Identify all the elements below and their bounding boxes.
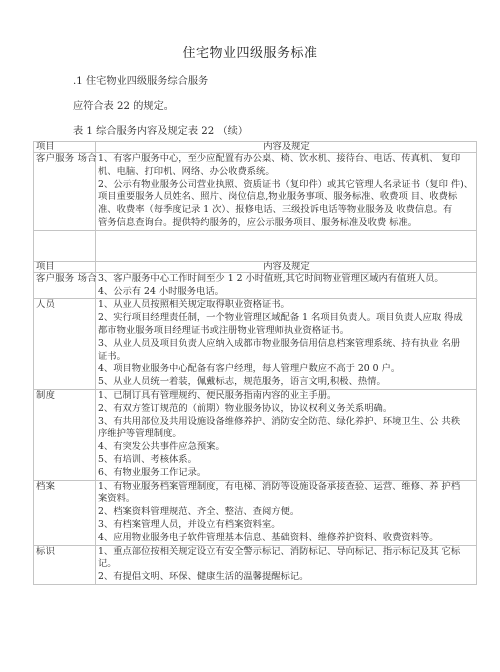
intro-text: 应符合表 22 的规定。 [73, 97, 174, 112]
content-line: 4、公示有 24 小时服务电话。 [98, 286, 475, 299]
document-title: 住宅物业四级服务标准 [0, 42, 500, 61]
content-line: 序维护等管理制度。 [98, 428, 475, 441]
row-item-label: 客户服务 场合 [34, 272, 96, 299]
table-row: 客户服务 场合 1、有客户服务中心，至少应配置有办公桌、椅、饮水机、接待台、电话… [34, 153, 477, 231]
row-item-label: 标识 [34, 545, 96, 584]
table-header-row: 项目 内容及规定 [34, 142, 477, 153]
content-line: 3、客户服务中心工作时间至少 1 2 小时值班,其它时间物业管理区域内有值班人员… [98, 273, 475, 286]
content-line: 2、有双方签订规范的（前期）物业服务协议，协议权利义务关系明确。 [98, 403, 475, 416]
content-line: 1、重点部位按相关规定设立有安全警示标记、消防标记、导向标记、指示标记及其 它标 [98, 546, 475, 559]
empty-cell [34, 230, 96, 261]
header-item: 项目 [34, 261, 96, 272]
header-content: 内容及规定 [96, 261, 477, 272]
table-header-row-repeat: 项目 内容及规定 [34, 261, 477, 272]
content-line: 6、有物业服务工作记录。 [98, 467, 475, 480]
content-line: 3、从业人员及项目负责人应纳入成都市物业服务信用信息档案管理系统、持有执业 名册 [98, 338, 475, 351]
row-content: 3、客户服务中心工作时间至少 1 2 小时值班,其它时间物业管理区域内有值班人员… [96, 272, 477, 299]
table-row: 客户服务 场合 3、客户服务中心工作时间至少 1 2 小时值班,其它时间物业管理… [34, 272, 477, 299]
content-line: 2、实行项目经理责任制，一个物业管理区域配备 1 名项目负责人。项目负责人应取 … [98, 312, 475, 325]
content-line: 3、有共用部位及共用设施设备维修养护、消防安全防范、绿化养护、环境卫生、公 共秩 [98, 416, 475, 429]
header-content: 内容及规定 [96, 142, 477, 153]
content-line: 1、从业人员按照相关规定取得职业资格证书。 [98, 299, 475, 312]
row-content: 1、从业人员按照相关规定取得职业资格证书。 2、实行项目经理责任制，一个物业管理… [96, 299, 477, 390]
content-line: 4、应用物业服务电子软件管理基本信息、基础资料、维修养护资料、收费资料等。 [98, 532, 475, 545]
content-line: 3、有档案管理人员，并设立有档案资料室。 [98, 519, 475, 532]
content-line: 5、从业人员统一着装，佩戴标志，规范服务，语言文明,积极、热情。 [98, 376, 475, 389]
row-item-label: 制度 [34, 389, 96, 480]
content-line: 2、有提倡文明、环保、健康生活的温馨提醒标记。 [98, 571, 475, 584]
content-line: 案资料。 [98, 493, 475, 506]
content-line: 1、有客户服务中心，至少应配置有办公桌、椅、饮水机、接待台、电话、传真机、 复印 [98, 153, 475, 166]
content-line: 1、已制订具有管理规约、便民服务指南内容的业主手册。 [98, 390, 475, 403]
row-item-label: 档案 [34, 480, 96, 545]
content-line: 项目重要服务人员姓名、照片、岗位信息,物业服务事项、服务标准、收费项 目、收费标 [98, 191, 475, 204]
content-line: 2、公示有物业服务公司营业执照、资质证书（复印件）或其它管理人名录证书（复印 件… [98, 179, 475, 192]
content-line: 都市物业服务项目经理证书或注册物业管理师执业资格证书。 [98, 325, 475, 338]
content-line: 4、有突发公共事件应急预案。 [98, 441, 475, 454]
table-row: 制度 1、已制订具有管理规约、便民服务指南内容的业主手册。 2、有双方签订规范的… [34, 389, 477, 480]
content-line: 4、项目物业服务中心配备有客户经理，每人管理户数应不高于 20 0 户。 [98, 363, 475, 376]
content-line: 管务信息查询台。提供特约服务的，应公示服务项目、服务标准及收费 标准。 [98, 217, 475, 230]
row-item-label: 人员 [34, 299, 96, 390]
row-content: 1、已制订具有管理规约、便民服务指南内容的业主手册。 2、有双方签订规范的（前期… [96, 389, 477, 480]
content-line: 机、电脑、打印机、网络、办公收费系统。 [98, 166, 475, 179]
row-content: 1、重点部位按相关规定设立有安全警示标记、消防标记、导向标记、指示标记及其 它标… [96, 545, 477, 584]
content-line: 证书。 [98, 351, 475, 364]
content-line: 记。 [98, 558, 475, 571]
content-line: 1、有物业服务档案管理制度，有电梯、消防等设施设备承接查验、运营、维修、养 护档 [98, 481, 475, 494]
table-row-spacer [34, 230, 477, 261]
row-content: 1、有物业服务档案管理制度，有电梯、消防等设施设备承接查验、运营、维修、养 护档… [96, 480, 477, 545]
header-item: 项目 [34, 142, 96, 153]
table-row: 标识 1、重点部位按相关规定设立有安全警示标记、消防标记、导向标记、指示标记及其… [34, 545, 477, 584]
section-heading: .1 住宅物业四级服务综合服务 [73, 72, 208, 87]
table-row: 档案 1、有物业服务档案管理制度，有电梯、消防等设施设备承接查验、运营、维修、养… [34, 480, 477, 545]
row-item-label: 客户服务 场合 [34, 153, 96, 231]
content-line: 2、档案资料管理规范、齐全、整洁、查阅方便。 [98, 506, 475, 519]
empty-cell [96, 230, 477, 261]
content-line: 准、收费率（每季度记录 1 次）、报修电话、三级投诉电话等物业服务及 收费信息。… [98, 204, 475, 217]
content-line: 5、有培训、考核体系。 [98, 454, 475, 467]
table-caption: 表 1 综合服务内容及规定表 22 （续） [73, 122, 248, 137]
row-content: 1、有客户服务中心，至少应配置有办公桌、椅、饮水机、接待台、电话、传真机、 复印… [96, 153, 477, 231]
table-row: 人员 1、从业人员按照相关规定取得职业资格证书。 2、实行项目经理责任制，一个物… [34, 299, 477, 390]
service-standards-table: 项目 内容及规定 客户服务 场合 1、有客户服务中心，至少应配置有办公桌、椅、饮… [33, 141, 477, 585]
